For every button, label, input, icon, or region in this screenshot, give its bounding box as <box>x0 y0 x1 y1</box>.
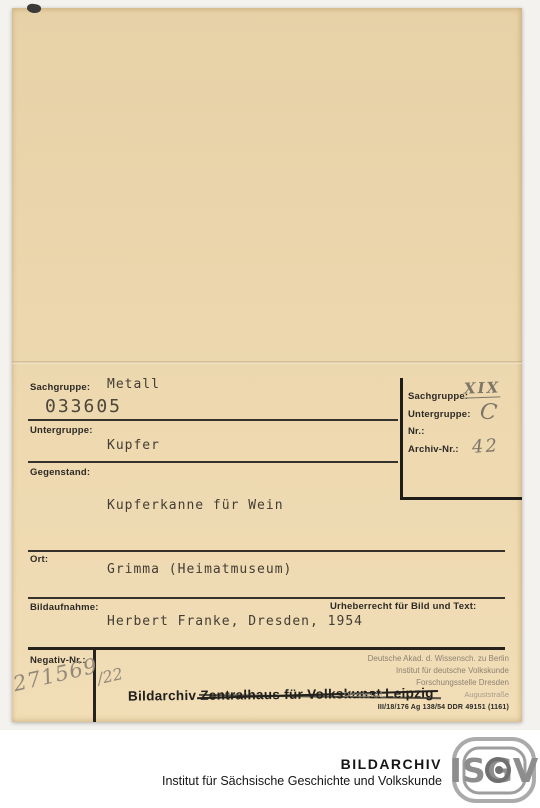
negativ-number-sub: /22 <box>95 664 124 688</box>
institute-stamp-line3: Forschungsstelle Dresden <box>284 677 509 689</box>
box-sachgruppe-label: Sachgruppe: <box>408 391 468 402</box>
footer-archive-title: BILDARCHIV <box>341 756 442 772</box>
box-untergruppe-label: Untergruppe: <box>408 409 471 420</box>
isgv-logo-g-center <box>495 766 503 774</box>
inventory-number: 033605 <box>45 396 122 417</box>
print-code: III/18/176 Ag 138/54 DDR 49151 (1161) <box>284 702 509 714</box>
institute-stamp-street: Auguststraße <box>464 689 509 701</box>
bildaufnahme-label: Bildaufnahme: <box>30 602 99 613</box>
box-untergruppe-handwritten: C <box>478 399 498 426</box>
institute-stamp-line2: Institut für deutsche Volkskunde <box>284 665 509 677</box>
rule-under-gegenstand <box>28 550 505 552</box>
isgv-logo-text: ISGV <box>450 751 538 790</box>
bildarchiv-stamp-prefix: Bildarchiv <box>128 688 200 704</box>
urheberrecht-label: Urheberrecht für Bild und Text: <box>330 601 476 612</box>
institute-stamp: Deutsche Akad. d. Wissensch. zu Berlin I… <box>284 653 509 714</box>
institute-stamp-line4: Dresden A1 Auguststraße <box>284 689 509 701</box>
ort-value: Grimma (Heimatmuseum) <box>107 562 292 577</box>
gegenstand-label: Gegenstand: <box>30 467 90 478</box>
footer-institute-name: Institut für Sächsische Geschichte und V… <box>162 774 442 788</box>
isgv-logo: ISGV <box>450 736 538 806</box>
rule-under-sachgruppe <box>28 419 398 421</box>
box-archiv-label: Archiv-Nr.: <box>408 444 459 455</box>
rule-bottom-section <box>28 647 505 650</box>
box-archiv-handwritten: 42 <box>471 435 499 458</box>
untergruppe-label: Untergruppe: <box>30 425 93 436</box>
institute-stamp-line1: Deutsche Akad. d. Wissensch. zu Berlin <box>284 653 509 665</box>
sachgruppe-value: Metall <box>107 377 160 392</box>
untergruppe-value: Kupfer <box>107 438 160 453</box>
bildaufnahme-value: Herbert Franke, Dresden, 1954 <box>107 614 363 629</box>
institute-stamp-city: Dresden A1 <box>344 689 383 701</box>
rule-under-ort <box>28 597 505 599</box>
ort-label: Ort: <box>30 554 48 565</box>
classification-box-bottom-border <box>400 497 522 500</box>
fold-crease <box>12 361 522 364</box>
gegenstand-value: Kupferkanne für Wein <box>107 498 284 513</box>
archive-index-card: Sachgruppe: Metall 033605 Untergruppe: K… <box>12 8 522 722</box>
classification-box-left-border <box>400 378 403 499</box>
box-nr-label: Nr.: <box>408 426 425 437</box>
rule-under-untergruppe <box>28 461 398 463</box>
box-sachgruppe-handwritten: XIX <box>464 378 501 398</box>
sachgruppe-label: Sachgruppe: <box>30 382 90 393</box>
